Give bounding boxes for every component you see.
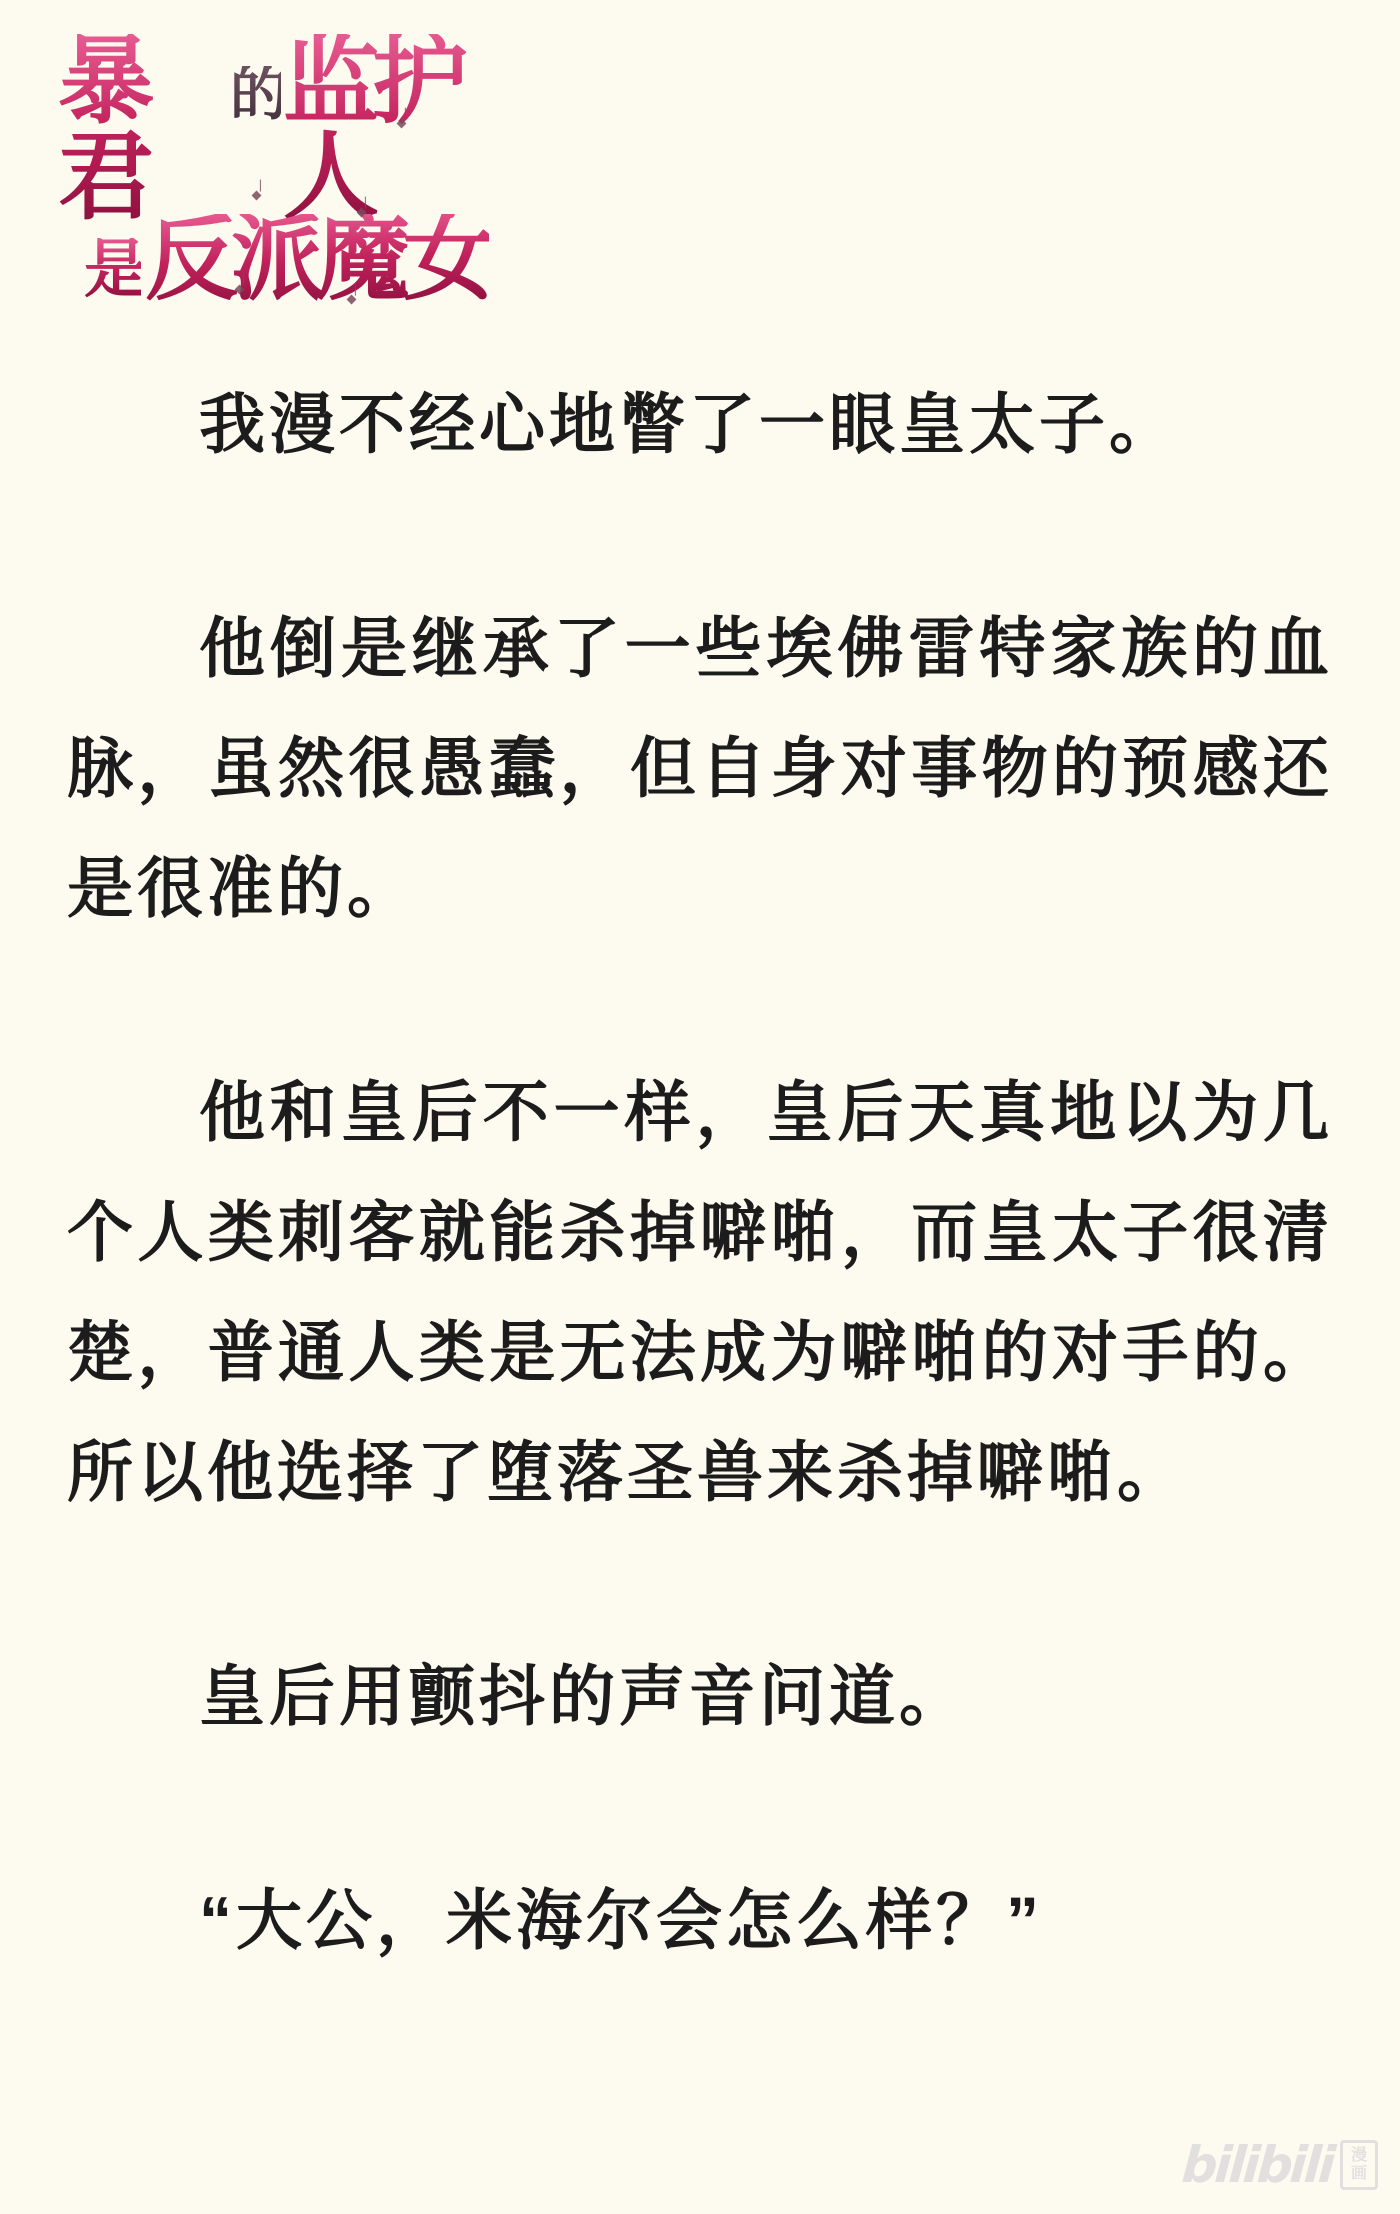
logo-text-jianhuren: 监护人 [283,34,538,226]
paragraph-5-dialogue: “大公，米海尔会怎么样？” [67,1860,1333,1980]
paragraph-1: 我漫不经心地瞥了一眼皇太子。 [67,364,1333,484]
paragraph-4: 皇后用颤抖的声音问道。 [67,1636,1333,1756]
series-logo: 暴君 的 监护人 是 反派魔女 [58,34,538,307]
logo-line-1: 暴君 的 监护人 [58,34,538,226]
logo-text-de: 的 [230,66,281,124]
logo-text-baojun: 暴君 [58,34,228,226]
logo-text-fanpaimonv: 反派魔女 [145,214,489,307]
manga-badge: 漫画 [1340,2140,1378,2190]
paragraph-2: 他倒是继承了一些埃佛雷特家族的血脉，虽然很愚蠢，但自身对事物的预感还是很准的。 [67,588,1333,948]
logo-line-2: 是 反派魔女 [84,214,538,307]
logo-text-shi: 是 [84,238,141,302]
chapter-text: 我漫不经心地瞥了一眼皇太子。 他倒是继承了一些埃佛雷特家族的血脉，虽然很愚蠢，但… [67,364,1333,2084]
bilibili-watermark: bilibili 漫画 [1182,2140,1378,2190]
paragraph-3: 他和皇后不一样，皇后天真地以为几个人类刺客就能杀掉噼啪，而皇太子很清楚，普通人类… [67,1052,1333,1532]
bilibili-wordmark: bilibili [1180,2140,1334,2190]
